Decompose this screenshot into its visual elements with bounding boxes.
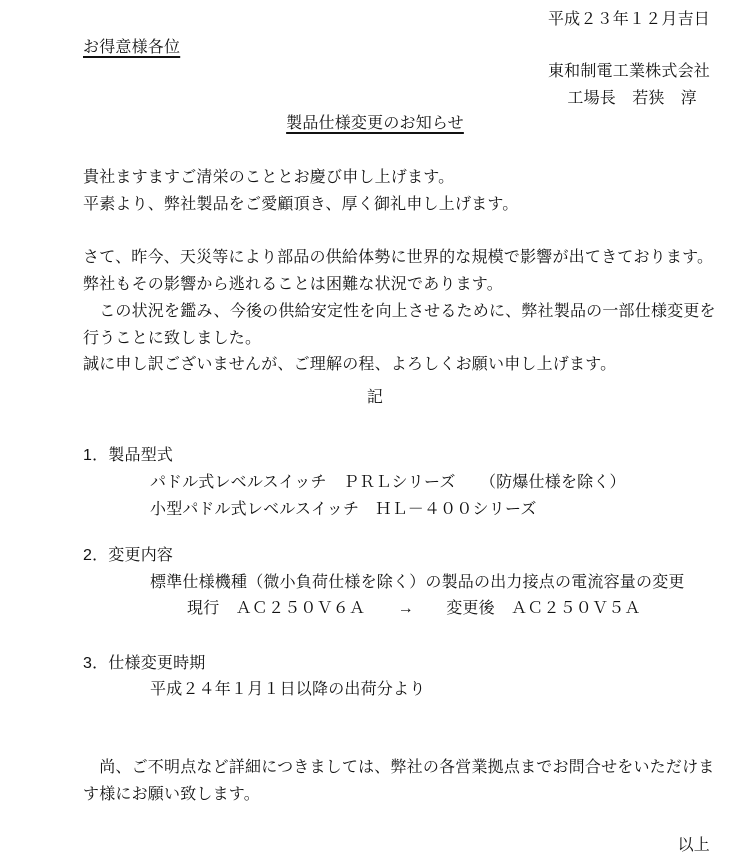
body-line-1: さて、昨今、天災等により部品の供給体勢に世界的な規模で影響が出てきております。 bbox=[83, 249, 713, 267]
section-1-heading: 1．製品型式 bbox=[83, 447, 173, 465]
section-1-item-2: 小型パドル式レベルスイッチ ＨＬ－４００シリーズ bbox=[150, 501, 537, 519]
body-line-2: 弊社もその影響から逃れることは困難な状況であります。 bbox=[83, 276, 503, 294]
section-3-heading: 3．仕様変更時期 bbox=[83, 655, 206, 673]
company-name: 東和制電工業株式会社 bbox=[548, 63, 710, 81]
body-line-4: 行うことに致しました。 bbox=[83, 330, 261, 348]
date-line: 平成２３年１２月吉日 bbox=[548, 11, 710, 29]
signer-name: 工場長 若狭 淳 bbox=[567, 90, 697, 108]
document-title: 製品仕様変更のお知らせ bbox=[0, 115, 750, 133]
recipient-line: お得意様各位 bbox=[83, 39, 180, 57]
record-marker: 記 bbox=[0, 389, 750, 407]
document-title-text: 製品仕様変更のお知らせ bbox=[286, 115, 464, 132]
greeting-line-2: 平素より、弊社製品をご愛顧頂き、厚く御礼申し上げます。 bbox=[83, 196, 518, 214]
closing-line-2: す様にお願い致します。 bbox=[83, 786, 260, 804]
section-3-item-1: 平成２４年１月１日以降の出荷分より bbox=[150, 681, 425, 699]
section-1-item-1: パドル式レベルスイッチ ＰＲＬシリーズ （防爆仕様を除く） bbox=[150, 474, 626, 492]
closing-line-1: 尚、ご不明点など詳細につきましては、弊社の各営業拠点までお問合せをいただけま bbox=[83, 759, 714, 777]
body-line-3: この状況を鑑み、今後の供給安定性を向上させるために、弊社製品の一部仕様変更を bbox=[83, 303, 716, 321]
greeting-line-1: 貴社ますますご清栄のこととお慶び申し上げます。 bbox=[83, 169, 454, 187]
end-marker: 以上 bbox=[678, 837, 710, 854]
document-page: 平成２３年１２月吉日 お得意様各位 東和制電工業株式会社 工場長 若狭 淳 製品… bbox=[0, 0, 750, 854]
section-2-change-line: 現行 ＡＣ２５０Ｖ６Ａ → 変更後 ＡＣ２５０Ｖ５Ａ bbox=[187, 600, 641, 618]
section-2-heading: 2．変更内容 bbox=[83, 547, 173, 565]
body-line-5: 誠に申し訳ございませんが、ご理解の程、よろしくお願い申し上げます。 bbox=[83, 356, 616, 374]
section-2-item-1: 標準仕様機種（微小負荷仕様を除く）の製品の出力接点の電流容量の変更 bbox=[150, 574, 685, 592]
